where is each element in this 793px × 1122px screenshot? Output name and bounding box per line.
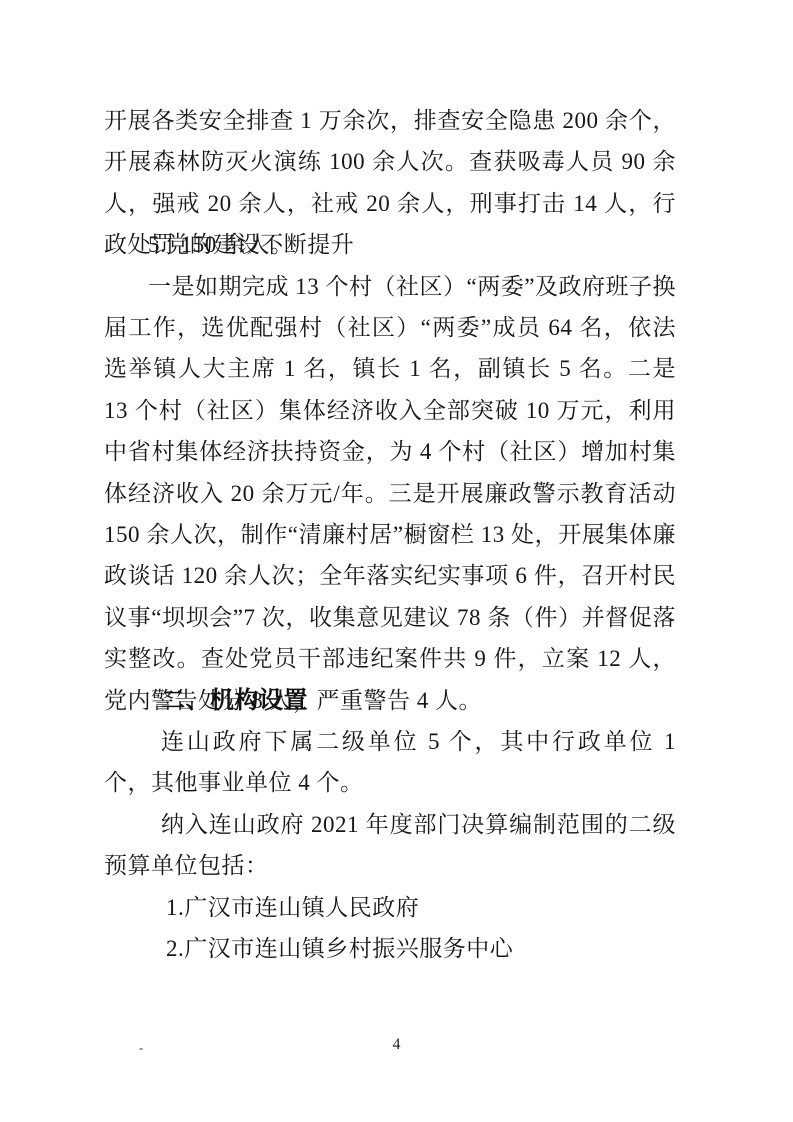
paragraph-security-stats: 开展各类安全排查 1 万余次，排查安全隐患 200 余个，开展森林防灭火演练 1…	[104, 100, 676, 224]
paragraph-subordinate-units: 连山政府下属二级单位 5 个，其中行政单位 1 个，其他事业单位 4 个。	[104, 721, 676, 804]
page-number: 4	[0, 1036, 793, 1054]
paragraph-budget-scope: 纳入连山政府 2021 年度部门决算编制范围的二级预算单位包括：	[104, 804, 676, 887]
list-item-unit-2: 2.广汉市连山镇乡村振兴服务中心	[104, 928, 676, 969]
document-page: 开展各类安全排查 1 万余次，排查安全隐患 200 余个，开展森林防灭火演练 1…	[0, 0, 793, 1122]
list-item-unit-1: 1.广汉市连山镇人民政府	[104, 887, 676, 928]
paragraph-item5-title: 5.党的建设不断提升	[104, 224, 676, 265]
paragraph-party-building-details: 一是如期完成 13 个村（社区）“两委”及政府班子换届工作，选优配强村（社区）“…	[104, 266, 676, 680]
document-body: 开展各类安全排查 1 万余次，排查安全隐患 200 余个，开展森林防灭火演练 1…	[104, 100, 676, 969]
